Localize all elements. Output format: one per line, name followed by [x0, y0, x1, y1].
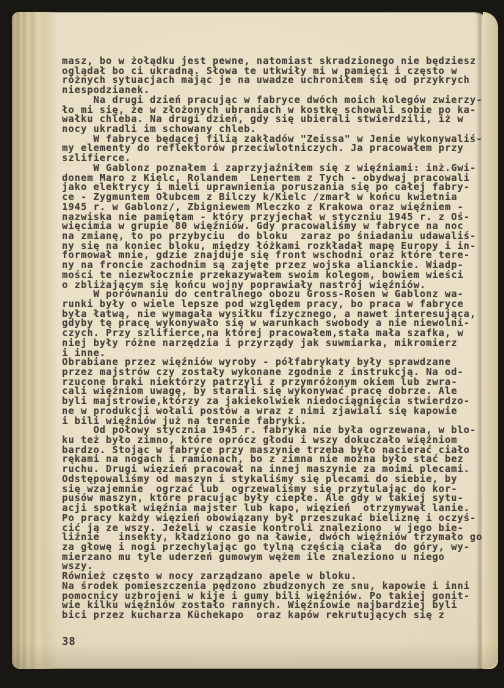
- paragraph: Obrabiane przez więźniów wyroby - półfab…: [62, 358, 490, 426]
- paragraph: masz, bo w żołądku jest pewne, natomiast…: [62, 57, 490, 96]
- paragraph: Również często w nocy zarządzano apele w…: [62, 572, 490, 621]
- page-number: 38: [62, 636, 76, 648]
- paragraph: Od połowy stycznia 1945 r. fabryka nie b…: [62, 426, 490, 572]
- text-block: masz, bo w żołądku jest pewne, natomiast…: [62, 57, 490, 621]
- page-bottom-shadow: [12, 643, 498, 669]
- book-page: masz, bo w żołądku jest pewne, natomiast…: [12, 12, 498, 669]
- paragraph: W fabryce będącej filią zakładów "Zeissa…: [62, 135, 490, 164]
- paragraph: W porównaniu do centralnego obozu Gross-…: [62, 290, 490, 358]
- paragraph: Na drugi dzień pracując w fabryce dwóch …: [62, 96, 490, 135]
- page-edge-stack: [12, 12, 58, 669]
- scan-background: masz, bo w żołądku jest pewne, natomiast…: [0, 0, 504, 688]
- paragraph: W Gablonz poznałem i zaprzyjaźniłem się …: [62, 164, 490, 290]
